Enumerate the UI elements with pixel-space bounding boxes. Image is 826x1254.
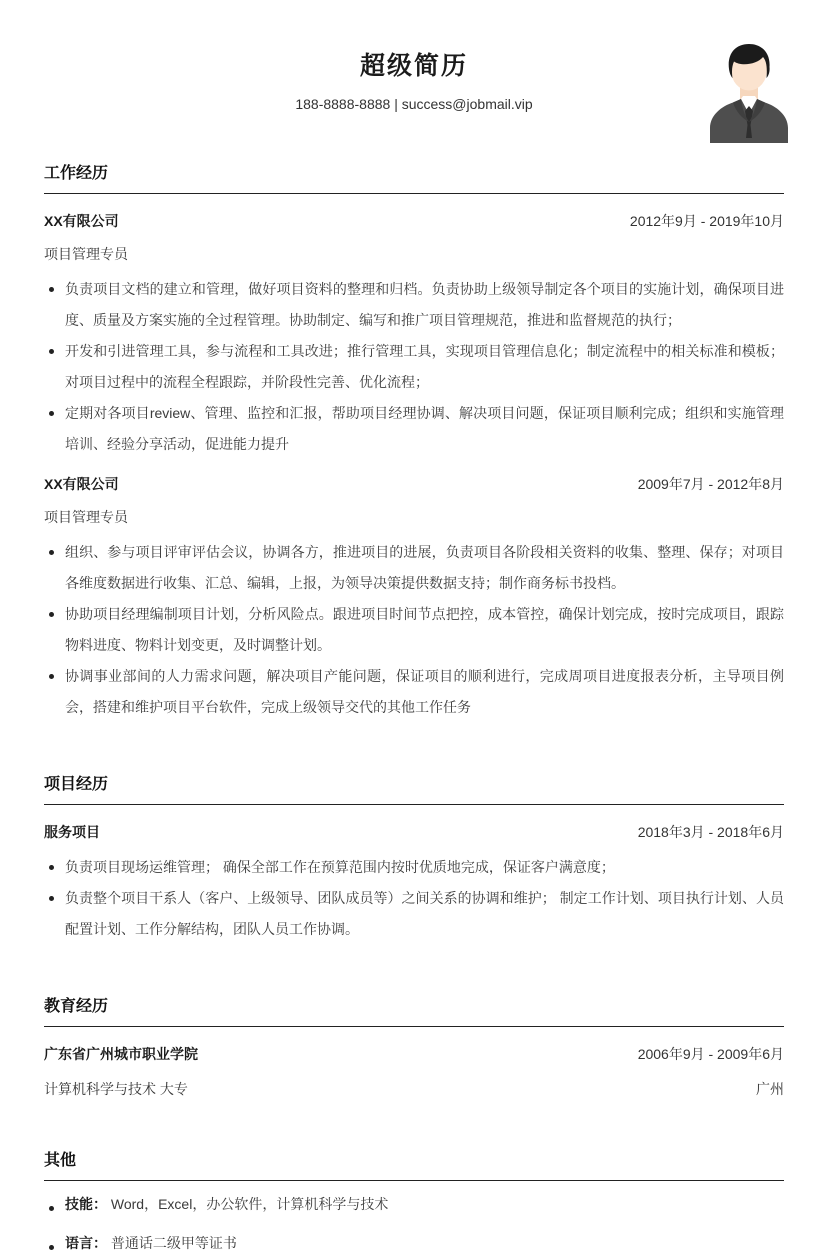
education-entry: 广东省广州城市职业学院 2006年9月 - 2009年6月 计算机科学与技术 大… — [44, 1044, 784, 1099]
contact-line: 188-8888-8888 | success@jobmail.vip — [44, 96, 784, 112]
school-location: 广州 — [756, 1079, 784, 1099]
section-work-experience: 工作经历 XX有限公司 2012年9月 - 2019年10月 项目管理专员 负责… — [44, 160, 784, 723]
resume-header: 超级简历 188-8888-8888 | success@jobmail.vip — [44, 46, 784, 112]
work-entry: XX有限公司 2012年9月 - 2019年10月 项目管理专员 负责项目文档的… — [44, 211, 784, 460]
bullet-item: 协助项目经理编制项目计划，分析风险点。跟进项目时间节点把控，成本管控，确保计划完… — [44, 599, 784, 661]
section-title: 教育经历 — [44, 993, 784, 1027]
section-title: 其他 — [44, 1147, 784, 1181]
project-entry: 服务项目 2018年3月 - 2018年6月 负责项目现场运维管理； 确保全部工… — [44, 822, 784, 945]
bullet-item: 负责整个项目干系人（客户、上级领导、团队成员等）之间关系的协调和维护； 制定工作… — [44, 883, 784, 945]
bullet-list: 组织、参与项目评审评估会议，协调各方，推进项目的进展，负责项目各阶段相关资料的收… — [44, 537, 784, 723]
bullet-item: 协调事业部间的人力需求问题，解决项目产能问题，保证项目的顺利进行，完成周项目进度… — [44, 661, 784, 723]
entry-date: 2006年9月 - 2009年6月 — [638, 1044, 784, 1064]
section-title: 工作经历 — [44, 160, 784, 194]
resume-page: 超级简历 188-8888-8888 | success@jobmail.vip… — [0, 0, 826, 1254]
bullet-item: 定期对各项目review、管理、监控和汇报，帮助项目经理协调、解决项目问题，保证… — [44, 398, 784, 460]
profile-avatar — [702, 40, 796, 143]
bullet-item: 负责项目现场运维管理； 确保全部工作在预算范围内按时优质地完成，保证客户满意度； — [44, 852, 784, 883]
role-title: 项目管理专员 — [44, 244, 784, 264]
section-title: 项目经历 — [44, 771, 784, 805]
resume-title: 超级简历 — [44, 46, 784, 82]
major-degree: 计算机科学与技术 大专 — [44, 1079, 188, 1099]
other-item-value: 普通话二级甲等证书 — [111, 1235, 237, 1251]
other-list: 技能： Word，Excel，办公软件，计算机科学与技术 语言： 普通话二级甲等… — [44, 1193, 784, 1254]
section-other: 其他 技能： Word，Excel，办公软件，计算机科学与技术 语言： 普通话二… — [44, 1147, 784, 1254]
bullet-list: 负责项目文档的建立和管理，做好项目资料的整理和归档。负责协助上级领导制定各个项目… — [44, 274, 784, 460]
bullet-item: 组织、参与项目评审评估会议，协调各方，推进项目的进展，负责项目各阶段相关资料的收… — [44, 537, 784, 599]
other-item-language: 语言： 普通话二级甲等证书 — [44, 1232, 784, 1254]
other-item-label: 语言： — [65, 1235, 107, 1251]
section-education: 教育经历 广东省广州城市职业学院 2006年9月 - 2009年6月 计算机科学… — [44, 993, 784, 1099]
entry-date: 2012年9月 - 2019年10月 — [630, 211, 784, 231]
bullet-list: 负责项目现场运维管理； 确保全部工作在预算范围内按时优质地完成，保证客户满意度；… — [44, 852, 784, 945]
other-item-label: 技能： — [65, 1196, 107, 1212]
entry-date: 2009年7月 - 2012年8月 — [638, 474, 784, 494]
other-item-value: Word，Excel，办公软件，计算机科学与技术 — [111, 1196, 388, 1212]
other-item-skills: 技能： Word，Excel，办公软件，计算机科学与技术 — [44, 1193, 784, 1215]
bullet-item: 开发和引进管理工具，参与流程和工具改进；推行管理工具，实现项目管理信息化；制定流… — [44, 336, 784, 398]
entry-date: 2018年3月 - 2018年6月 — [638, 822, 784, 842]
project-name: 服务项目 — [44, 822, 100, 842]
role-title: 项目管理专员 — [44, 507, 784, 527]
company-name: XX有限公司 — [44, 211, 119, 231]
bullet-item: 负责项目文档的建立和管理，做好项目资料的整理和归档。负责协助上级领导制定各个项目… — [44, 274, 784, 336]
school-name: 广东省广州城市职业学院 — [44, 1044, 198, 1064]
company-name: XX有限公司 — [44, 474, 119, 494]
section-project-experience: 项目经历 服务项目 2018年3月 - 2018年6月 负责项目现场运维管理； … — [44, 771, 784, 945]
work-entry: XX有限公司 2009年7月 - 2012年8月 项目管理专员 组织、参与项目评… — [44, 474, 784, 723]
